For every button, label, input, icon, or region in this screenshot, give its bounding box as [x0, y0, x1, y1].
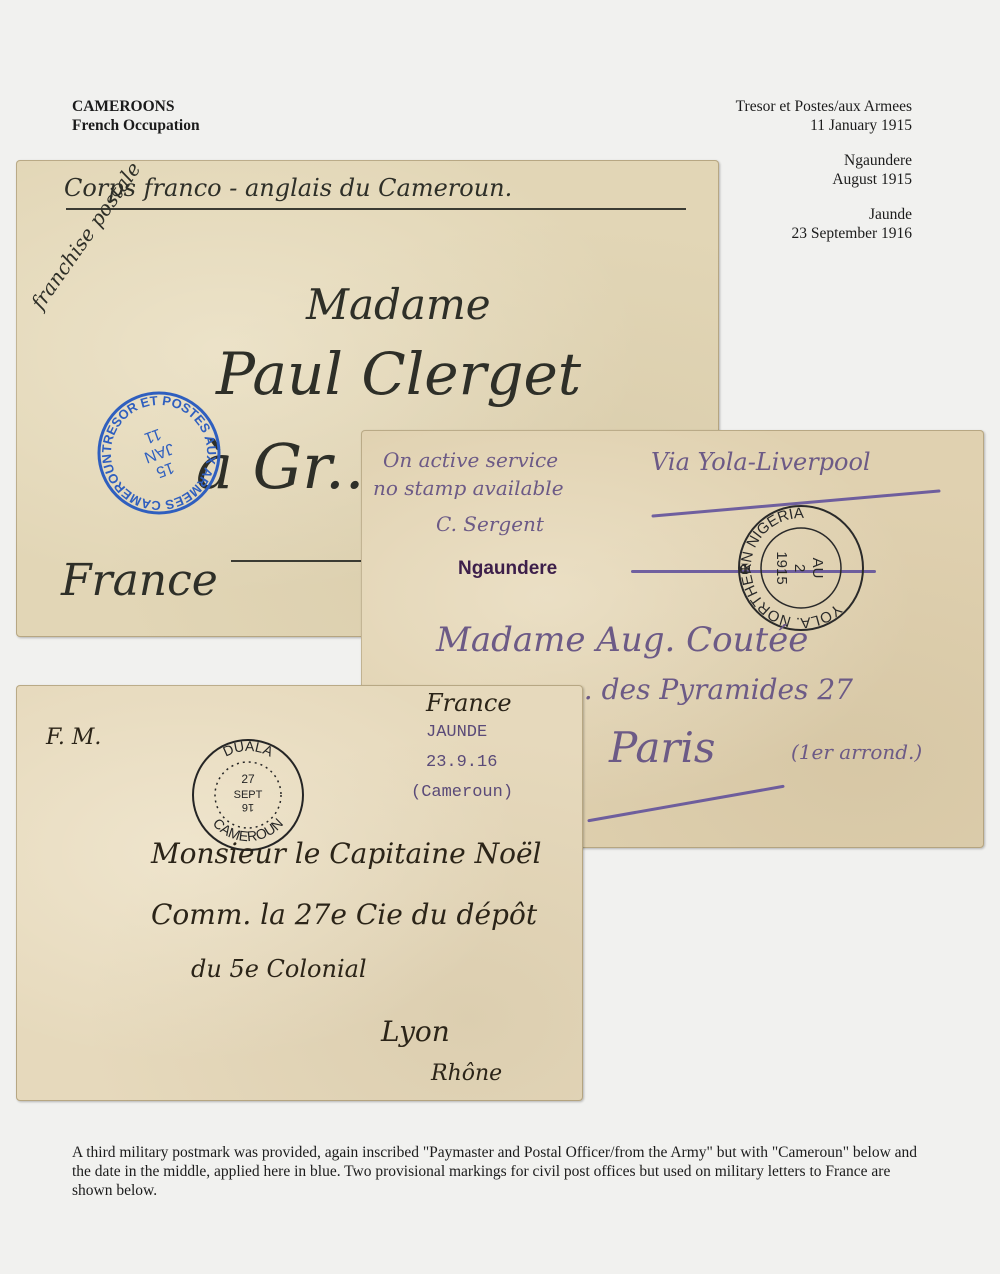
cover-label-2: Ngaundere August 1915	[736, 151, 912, 189]
page-subtitle: French Occupation	[72, 116, 200, 135]
country-note: France	[426, 689, 512, 717]
svg-text:✠: ✠	[739, 561, 751, 577]
franchise-militaire-note: F. M.	[46, 725, 101, 750]
addressee-line-3: à Gr...	[196, 430, 384, 503]
signature: C. Sergent	[436, 512, 544, 536]
page-header-left: CAMEROONS French Occupation	[72, 97, 200, 135]
underline	[587, 785, 784, 823]
ngaundere-cachet: Ngaundere	[458, 558, 557, 580]
underline	[231, 560, 371, 562]
svg-text:1915: 1915	[773, 551, 790, 584]
service-note-2: no stamp available	[373, 476, 564, 500]
page-title: CAMEROONS	[72, 97, 200, 116]
addressee-line-1: Madame Aug. Coutée	[436, 620, 808, 660]
svg-text:16: 16	[242, 801, 254, 813]
addressee-line-1: Monsieur le Capitaine Noël	[151, 837, 541, 870]
tresor-postes-postmark: TRESOR ET POSTES AUX ARMEES CAMEROUN 15 …	[94, 388, 224, 518]
routing-note: Via Yola-Liverpool	[651, 448, 871, 476]
cover-label-1: Tresor et Postes/aux Armees 11 January 1…	[736, 97, 912, 135]
addressee-line-4: (1er arrond.)	[791, 740, 922, 764]
jaunde-cachet-line-1: JAUNDE	[426, 723, 487, 742]
svg-text:27: 27	[241, 772, 255, 786]
country-line: France	[61, 555, 218, 606]
addressee-line-2: Paul Clerget	[216, 340, 581, 408]
jaunde-cachet-line-3: (Cameroun)	[411, 783, 513, 802]
page-caption: A third military postmark was provided, …	[72, 1143, 932, 1200]
addressee-line-2: ... des Pyramides 27	[566, 673, 853, 706]
page-header-right: Tresor et Postes/aux Armees 11 January 1…	[736, 97, 912, 259]
cover-label-3: Jaunde 23 September 1916	[736, 205, 912, 243]
svg-text:SEPT: SEPT	[234, 789, 263, 801]
addressee-line-3: du 5e Colonial	[191, 955, 367, 983]
addressee-line-2: Comm. la 27e Cie du dépôt	[151, 898, 537, 931]
addressee-line-3: Paris	[609, 723, 715, 772]
svg-text:DUALA: DUALA	[220, 738, 276, 760]
addressee-line-4: Lyon	[381, 1015, 450, 1048]
yola-postmark: YOLA. NORTHERN NIGERIA AU 2 1915 ✠	[731, 498, 871, 638]
jaunde-cachet-line-2: 23.9.16	[426, 753, 497, 772]
addressee-line-1: Madame	[306, 280, 491, 329]
envelope-jaunde: F. M. France JAUNDE 23.9.16 (Cameroun) D…	[16, 685, 583, 1101]
svg-text:2: 2	[791, 564, 808, 572]
svg-text:AU: AU	[809, 558, 826, 579]
service-note-1: On active service	[383, 448, 558, 472]
underline	[66, 208, 686, 210]
addressee-line-5: Rhône	[431, 1061, 502, 1086]
